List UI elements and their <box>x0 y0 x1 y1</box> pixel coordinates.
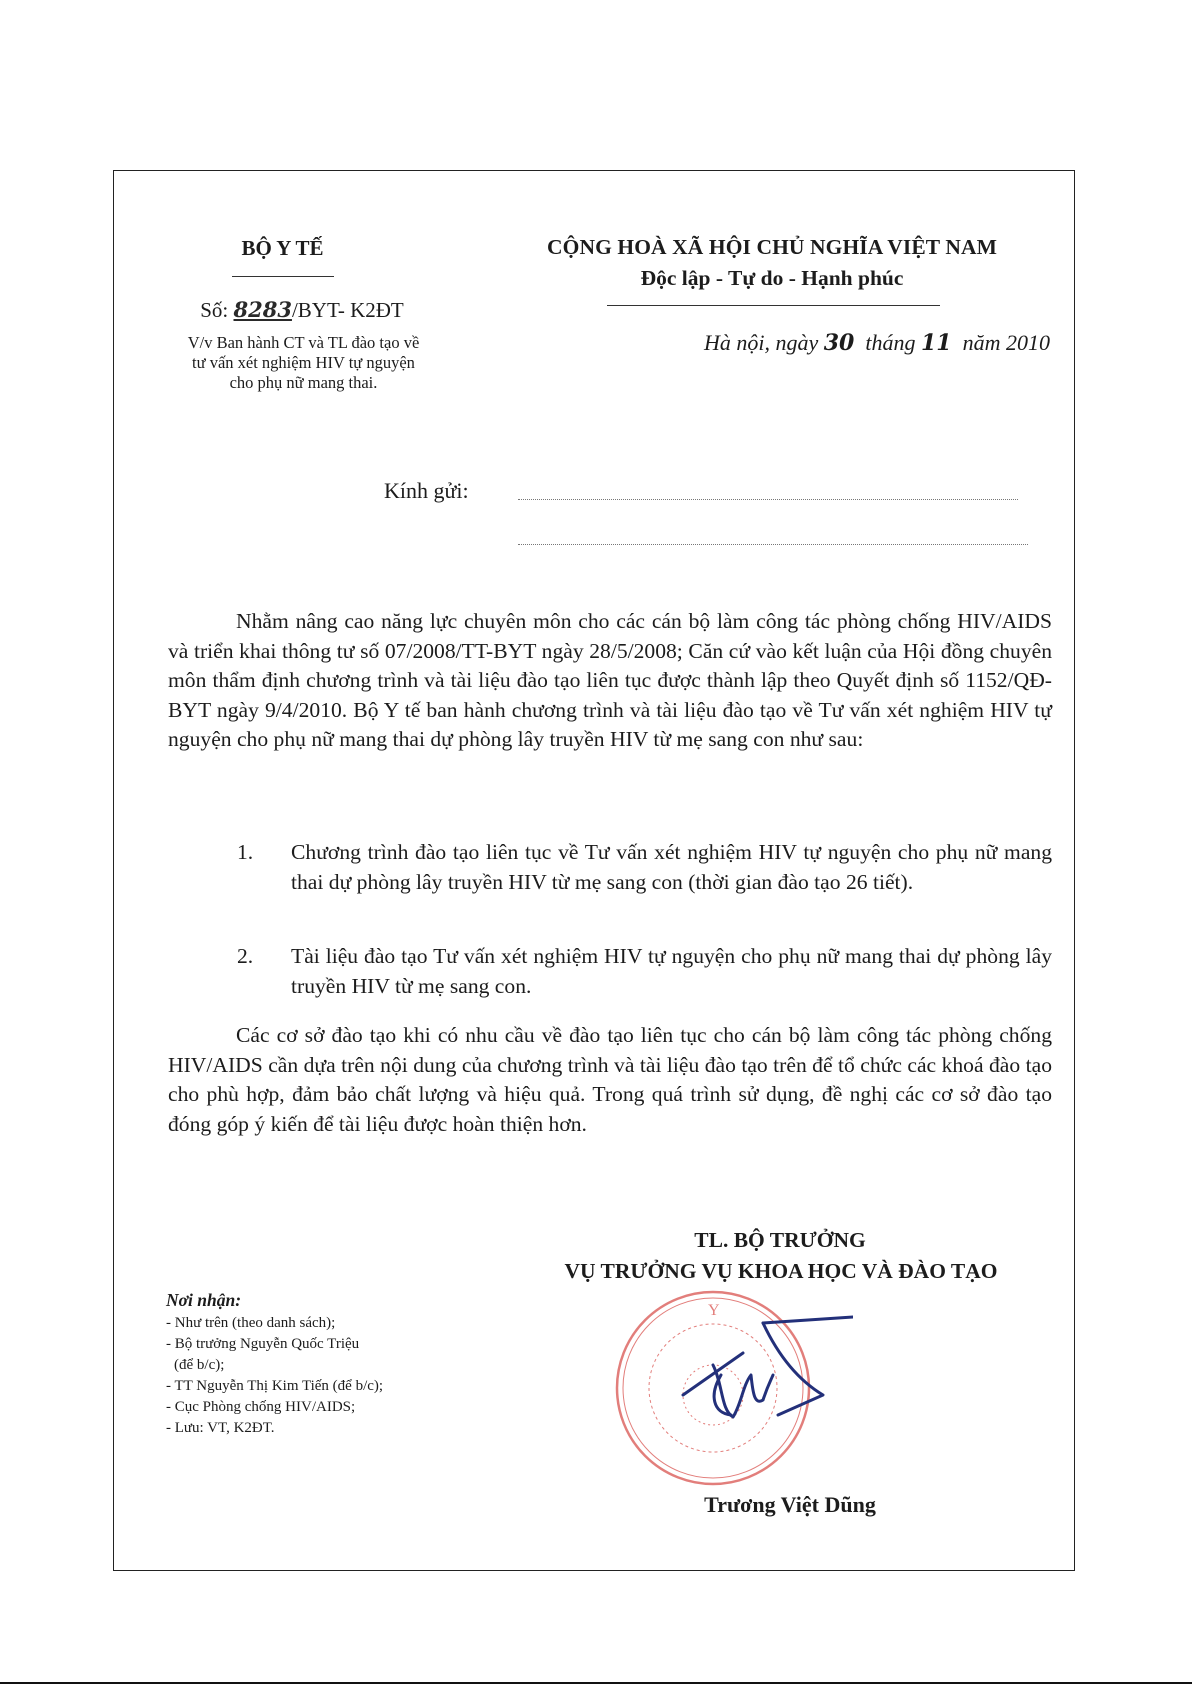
document-subject: V/v Ban hành CT và TL đào tạo về tư vấn … <box>152 333 455 393</box>
dateline-day: 30 <box>824 330 855 356</box>
dateline: Hà nội, ngày 30 tháng 11 năm 2010 <box>560 330 1057 356</box>
recipient-label: Kính gửi: <box>384 478 469 504</box>
document-number-suffix: /BYT- K2ĐT <box>292 298 404 322</box>
dateline-year: năm 2010 <box>963 330 1050 355</box>
distribution-title: Nơi nhận: <box>166 1290 241 1311</box>
list-item-text: Chương trình đào tạo liên tục về Tư vấn … <box>291 838 1052 897</box>
distribution-item: - Lưu: VT, K2ĐT. <box>166 1418 383 1439</box>
list-item-number: 2. <box>237 942 253 972</box>
distribution-item: (để b/c); <box>166 1355 383 1376</box>
distribution-item: - Bộ trưởng Nguyễn Quốc Triệu <box>166 1334 383 1355</box>
motto-underline <box>607 305 940 306</box>
distribution-list: - Như trên (theo danh sách); - Bộ trưởng… <box>166 1313 383 1439</box>
subject-line: V/v Ban hành CT và TL đào tạo về <box>152 333 455 353</box>
signatory-name: Trương Việt Dũng <box>640 1492 940 1518</box>
document-number-prefix: Số: <box>200 298 228 322</box>
issuing-agency: BỘ Y TẾ <box>150 236 415 261</box>
document-number-handwritten: 8283 <box>234 297 292 322</box>
official-seal-and-signature: Y <box>613 1285 853 1495</box>
signatory-title-1: TL. BỘ TRƯỞNG <box>530 1228 1030 1253</box>
document-number: Số: 8283/BYT- K2ĐT <box>152 297 452 323</box>
national-motto: Độc lập - Tự do - Hạnh phúc <box>497 266 1047 291</box>
recipient-blank-line-2 <box>518 544 1028 545</box>
body-paragraph-1: Nhằm nâng cao năng lực chuyên môn cho cá… <box>168 607 1052 755</box>
agency-underline <box>232 276 334 277</box>
distribution-item: - TT Nguyễn Thị Kim Tiến (để b/c); <box>166 1376 383 1397</box>
recipient-blank-line-1 <box>518 499 1018 500</box>
list-item-text: Tài liệu đào tạo Tư vấn xét nghiệm HIV t… <box>291 942 1052 1001</box>
dateline-month: 11 <box>921 330 952 356</box>
national-title: CỘNG HOÀ XÃ HỘI CHỦ NGHĨA VIỆT NAM <box>497 235 1047 260</box>
signatory-title-2: VỤ TRƯỞNG VỤ KHOA HỌC VÀ ĐÀO TẠO <box>525 1259 1037 1284</box>
list-item-number: 1. <box>237 838 253 868</box>
distribution-item: - Cục Phòng chống HIV/AIDS; <box>166 1397 383 1418</box>
subject-line: tư vấn xét nghiệm HIV tự nguyện <box>152 353 455 373</box>
svg-text:Y: Y <box>708 1302 720 1319</box>
dateline-month-label: tháng <box>865 330 915 355</box>
body-paragraph-2: Các cơ sở đào tạo khi có nhu cầu về đào … <box>168 1021 1052 1139</box>
distribution-item: - Như trên (theo danh sách); <box>166 1313 383 1334</box>
subject-line: cho phụ nữ mang thai. <box>152 373 455 393</box>
dateline-place: Hà nội, ngày <box>704 330 818 355</box>
page-bottom-rule <box>0 1682 1192 1684</box>
signature-icon <box>683 1317 853 1417</box>
